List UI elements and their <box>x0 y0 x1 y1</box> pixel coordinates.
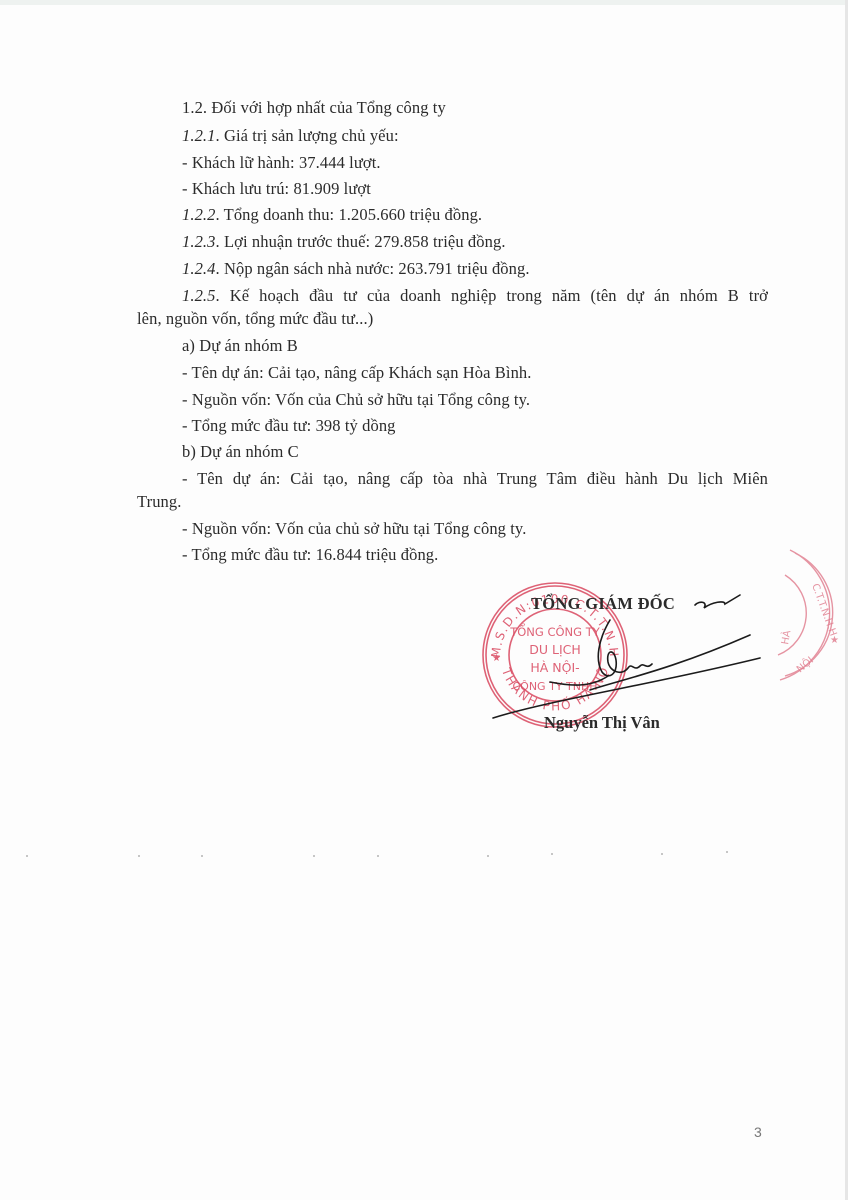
item-1-2-1: 1.2.1. Giá trị sản lượng chủ yếu: <box>182 126 399 146</box>
bullet-travel-guests: - Khách lữ hành: 37.444 lượt. <box>182 153 381 173</box>
group-c-total-investment: - Tổng mức đầu tư: 16.844 triệu đồng. <box>182 545 438 565</box>
group-b-project-name: - Tên dự án: Cải tạo, nâng cấp Khách sạn… <box>182 363 532 383</box>
item-text: . Giá trị sản lượng chủ yếu: <box>216 126 399 145</box>
scan-artifact-dots <box>0 855 848 861</box>
item-text: . Lợi nhuận trước thuế: 279.858 triệu đồ… <box>216 232 506 251</box>
bullet-lodging-guests: - Khách lưu trú: 81.909 lượt <box>182 179 371 199</box>
group-c-project-name-continuation: Trung. <box>137 492 181 512</box>
page-top-edge <box>0 0 848 5</box>
svg-text:HÀ: HÀ <box>778 629 793 646</box>
item-1-2-5: 1.2.5. Kế hoạch đầu tư của doanh nghiệp … <box>182 286 768 306</box>
group-c-funding-source: - Nguồn vốn: Vốn của chủ sở hữu tại Tổng… <box>182 519 526 539</box>
group-b-funding-source: - Nguồn vốn: Vốn của Chủ sở hữu tại Tổng… <box>182 390 530 410</box>
group-b-total-investment: - Tổng mức đầu tư: 398 tỷ dồng <box>182 416 396 436</box>
item-number: 1.2.1 <box>182 126 216 145</box>
handwritten-signature <box>490 580 770 730</box>
section-heading: 1.2. Đối với hợp nhất của Tổng công ty <box>182 98 446 118</box>
partial-seal-star-icon: ★ <box>830 635 839 646</box>
page-number: 3 <box>754 1124 762 1140</box>
item-1-2-3: 1.2.3. Lợi nhuận trước thuế: 279.858 tri… <box>182 232 506 252</box>
svg-text:C.T.T.N.H.H: C.T.T.N.H.H <box>809 582 838 638</box>
group-b-title: a) Dự án nhóm B <box>182 336 298 356</box>
item-1-2-2: 1.2.2. Tổng doanh thu: 1.205.660 triệu đ… <box>182 205 482 225</box>
item-number: 1.2.5 <box>182 286 216 305</box>
item-number: 1.2.2 <box>182 205 216 224</box>
item-text: . Kế hoạch đầu tư của doanh nghiệp trong… <box>216 286 769 305</box>
group-c-project-name: - Tên dự án: Cải tạo, nâng cấp tòa nhà T… <box>182 469 768 489</box>
item-1-2-5-continuation: lên, nguồn vốn, tổng mức đầu tư...) <box>137 309 373 329</box>
item-number: 1.2.4 <box>182 259 216 278</box>
item-number: 1.2.3 <box>182 232 216 251</box>
item-1-2-4: 1.2.4. Nộp ngân sách nhà nước: 263.791 t… <box>182 259 530 279</box>
item-text: . Tổng doanh thu: 1.205.660 triệu đồng. <box>216 205 483 224</box>
item-text: . Nộp ngân sách nhà nước: 263.791 triệu … <box>216 259 530 278</box>
group-c-title: b) Dự án nhóm C <box>182 442 299 462</box>
partial-seal-stamp: C.T.T.N.H.H ★ NỘI HÀ <box>760 545 848 685</box>
